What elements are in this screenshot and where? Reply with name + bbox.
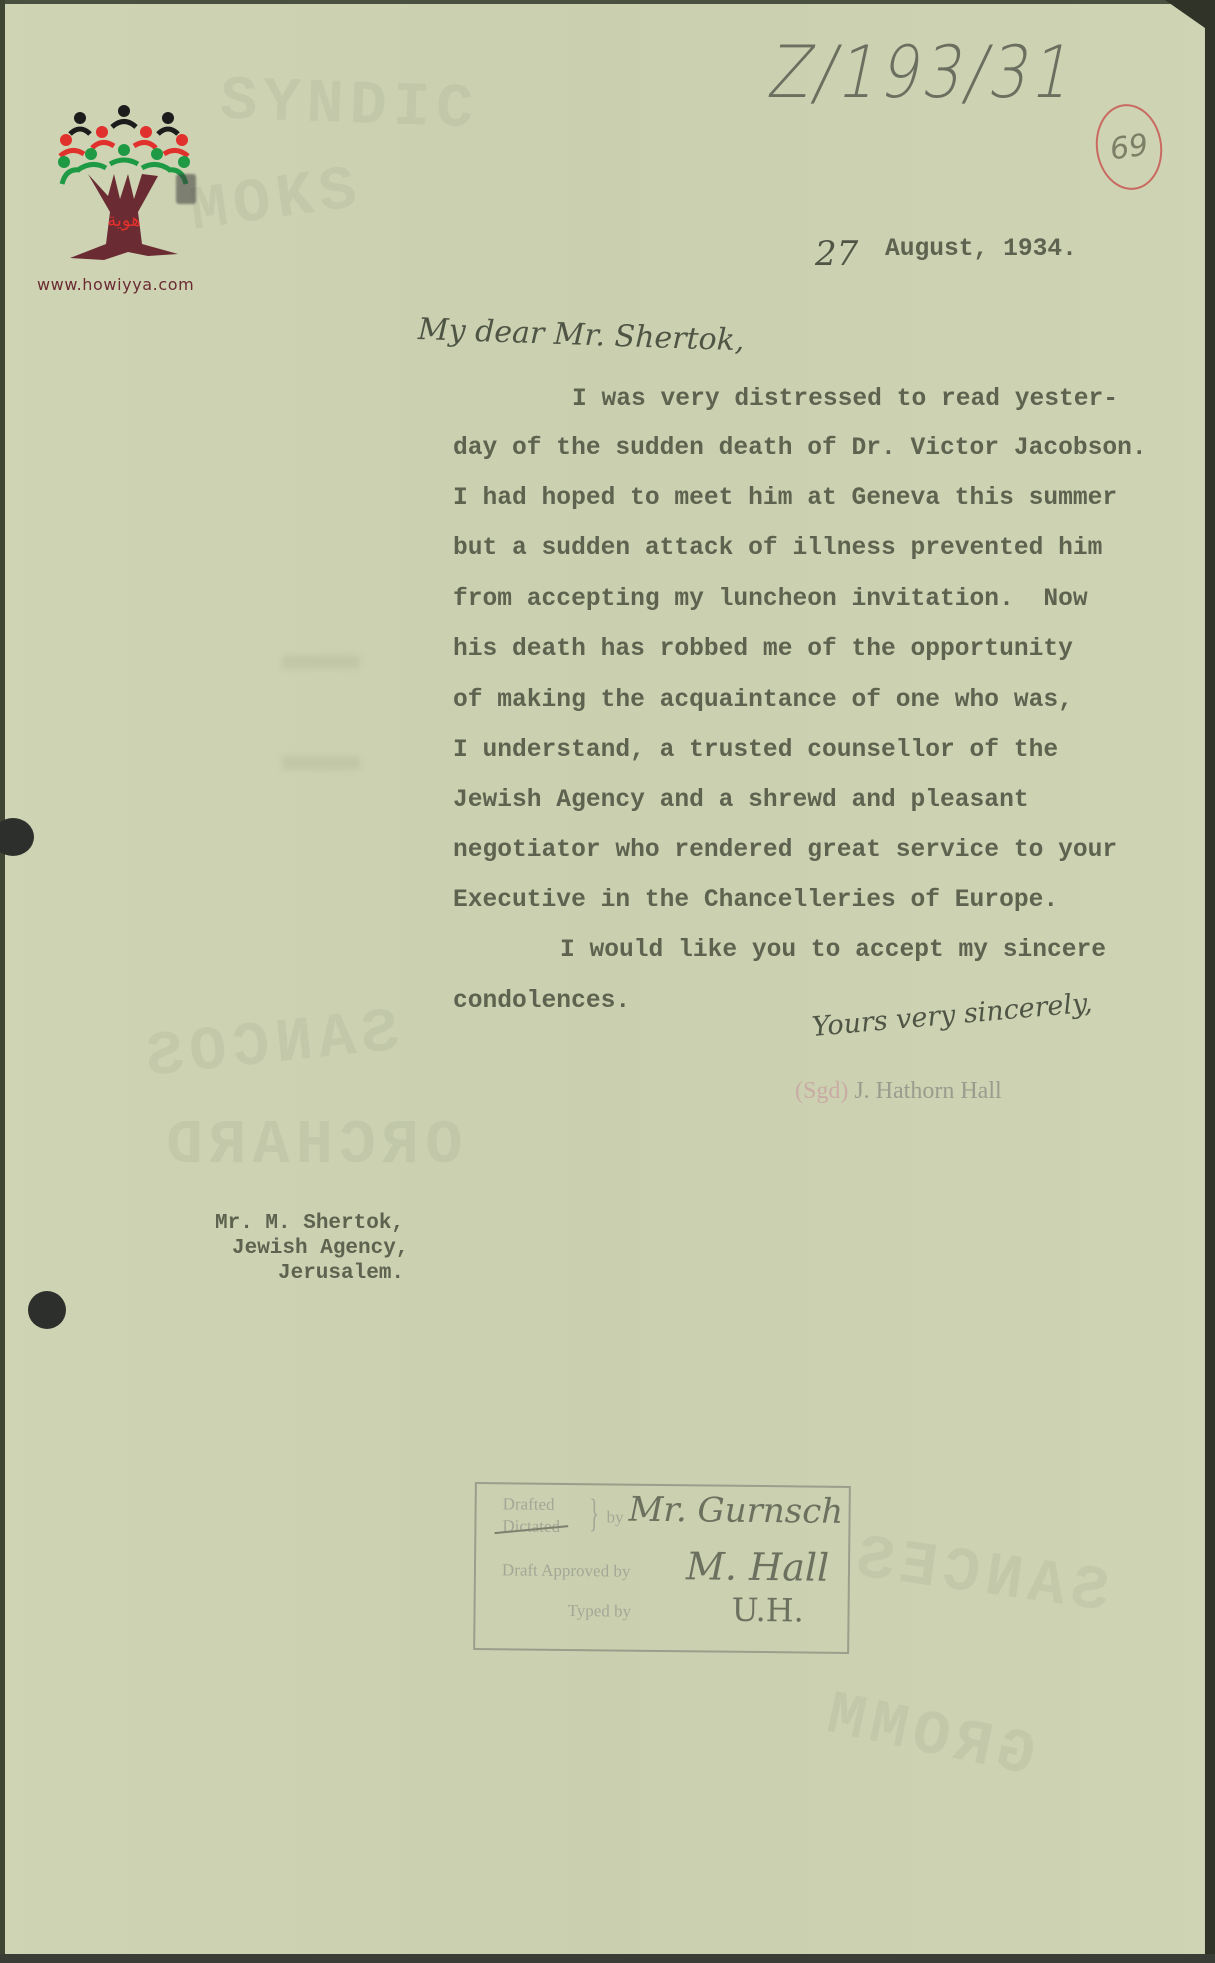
bleed-through-text: SYNDIC: [219, 65, 481, 145]
scan-smudge: [176, 174, 196, 204]
howiyya-logo: هوية: [58, 104, 190, 266]
scan-edge-left: [0, 0, 5, 1963]
punch-hole: [28, 1291, 66, 1329]
svg-text:هوية: هوية: [107, 210, 140, 231]
body-line: of making the acquaintance of one who wa…: [453, 687, 1073, 715]
approved-by-handwritten: M. Hall: [686, 1544, 830, 1589]
typed-by-handwritten: U.H.: [731, 1591, 804, 1630]
bleed-through-text: ORCHARD: [160, 1110, 462, 1181]
body-line: I understand, a trusted counsellor of th…: [453, 737, 1058, 765]
body-line: negotiator who rendered great service to…: [453, 837, 1117, 865]
drafted-label: Drafted: [503, 1494, 555, 1515]
recipient-city: Jerusalem.: [278, 1262, 404, 1286]
signature-prefix: (Sgd): [795, 1078, 848, 1104]
body-line: Jewish Agency and a shrewd and pleasant: [453, 787, 1029, 815]
recipient-organization: Jewish Agency,: [232, 1237, 408, 1261]
scan-edge-right: [1205, 0, 1215, 1963]
folded-corner: [1165, 0, 1205, 28]
body-line: from accepting my luncheon invitation. N…: [453, 586, 1088, 614]
office-routing-stamp: Drafted Dictated } by Mr. Gurnsch Draft …: [473, 1482, 851, 1654]
typed-by-label: Typed by: [567, 1601, 631, 1622]
bleed-through-mark: [282, 756, 360, 770]
body-line: but a sudden attack of illness prevented…: [453, 535, 1102, 563]
by-label: by: [606, 1507, 623, 1527]
brace: }: [589, 1493, 599, 1533]
body-line: Executive in the Chancelleries of Europe…: [453, 887, 1058, 915]
archive-reference-number: Z/193/31: [762, 30, 1085, 114]
letter-page: [4, 4, 1204, 1954]
scan-edge-bottom: [0, 1954, 1215, 1963]
body-line: I had hoped to meet him at Geneva this s…: [453, 485, 1117, 513]
signature-stamp: (Sgd) J. Hathorn Hall: [795, 1078, 1002, 1105]
bleed-through-mark: [282, 655, 360, 669]
date-typed: August, 1934.: [885, 236, 1077, 264]
signatory-name: J. Hathorn Hall: [854, 1078, 1001, 1104]
body-line: I would like you to accept my sincere: [560, 937, 1106, 965]
drafted-by-handwritten: Mr. Gurnsch: [628, 1490, 843, 1532]
body-line: condolences.: [453, 988, 630, 1016]
date-day-handwritten: 27: [815, 234, 858, 274]
draft-approved-label: Draft Approved by: [502, 1560, 631, 1581]
scan-edge-top: [0, 0, 1215, 4]
recipient-name: Mr. M. Shertok,: [215, 1212, 404, 1236]
watermark-url: www.howiyya.com: [37, 275, 194, 294]
body-line: day of the sudden death of Dr. Victor Ja…: [453, 435, 1147, 463]
body-line: I was very distressed to read yester-: [572, 386, 1118, 414]
folio-number: 69: [1108, 127, 1151, 167]
body-line: his death has robbed me of the opportuni…: [453, 636, 1073, 664]
tree-of-people-icon: هوية: [58, 104, 190, 266]
